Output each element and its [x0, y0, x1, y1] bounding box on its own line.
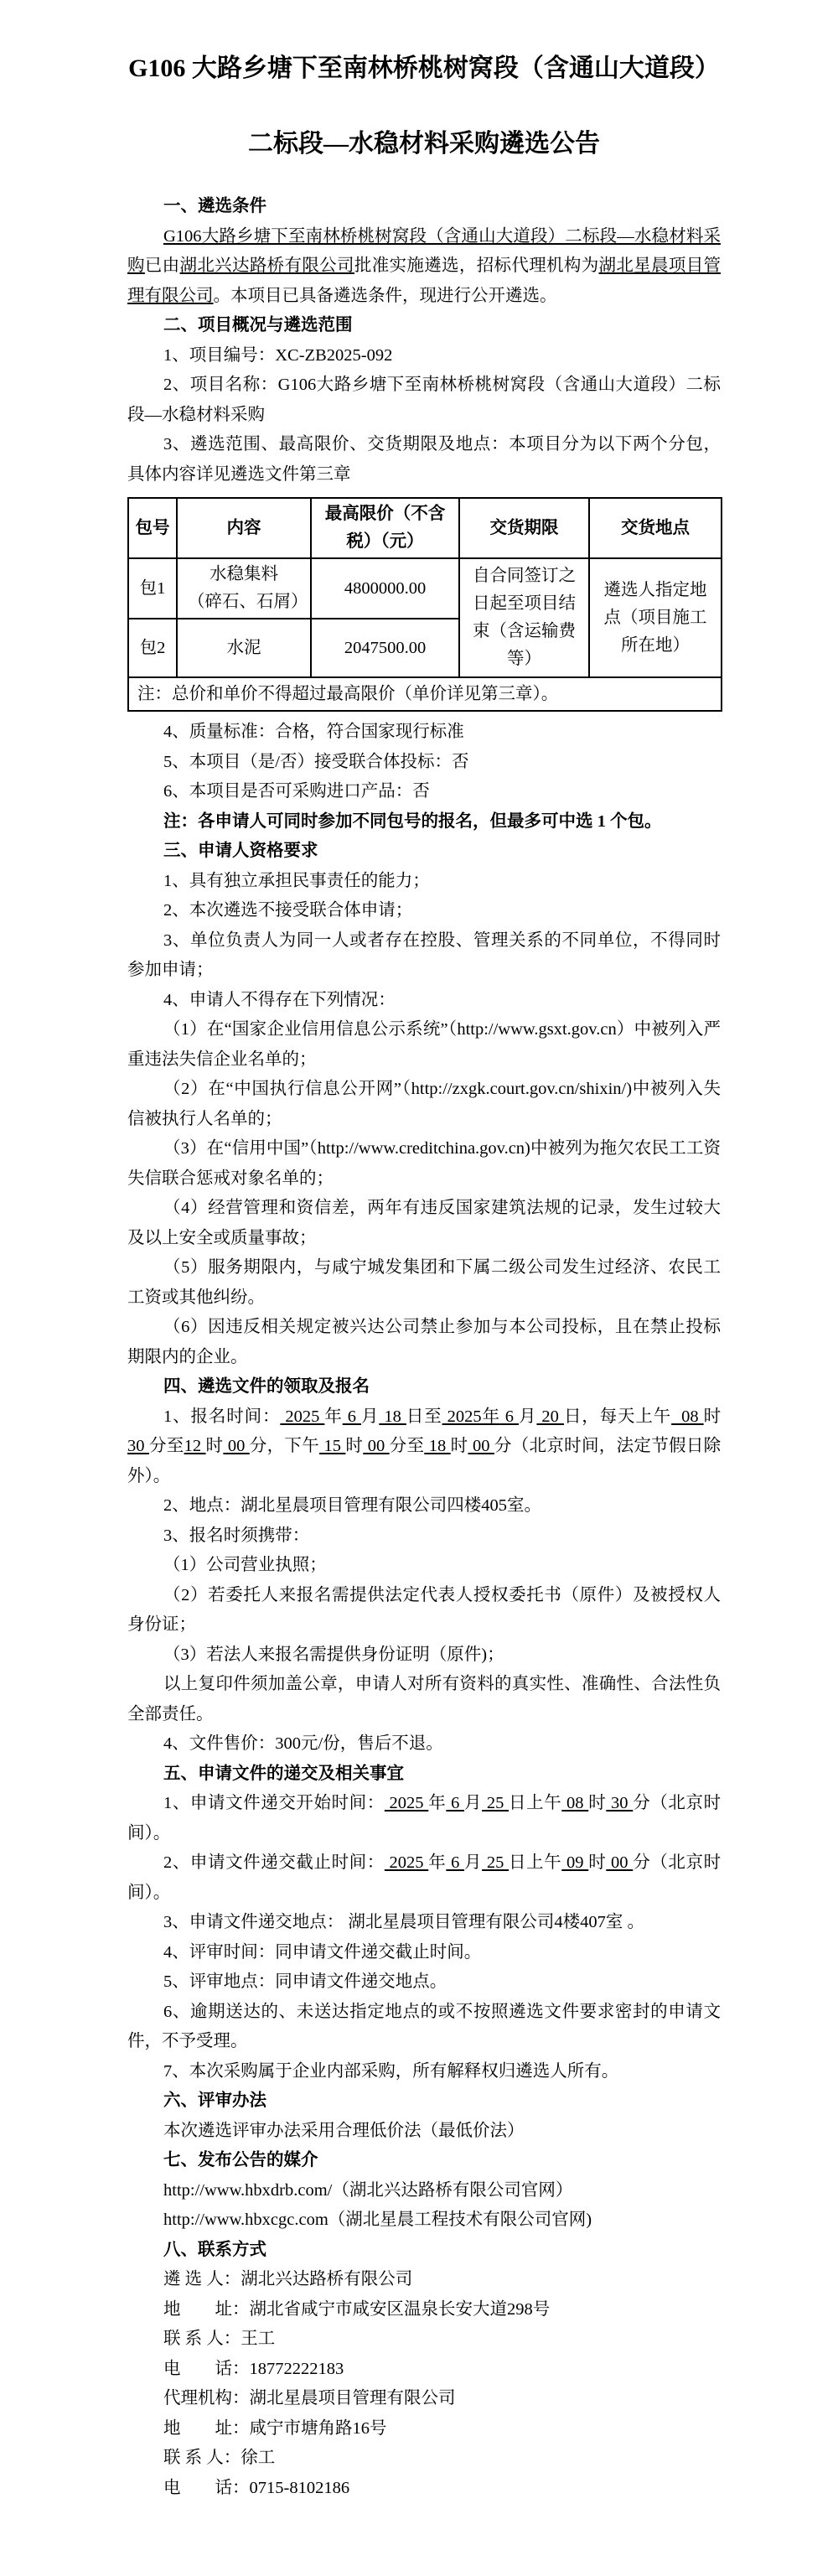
col-header-delivery-place: 交货地点: [589, 498, 722, 558]
text-segment: 时: [704, 1407, 722, 1426]
table-header-row: 包号 内容 最高限价（不含税）（元） 交货期限 交货地点: [128, 498, 722, 558]
contact-selector-phone: 电 话：18772222183: [127, 2355, 721, 2385]
item-submission-deadline: 2、申请文件递交截止时间： 2025 年 6 月 25 日上午 09 时 00 …: [127, 1848, 721, 1908]
text-segment: 08: [671, 1407, 703, 1426]
title-line-2: 二标段—水稳材料采购遴选公告: [127, 106, 721, 182]
text-segment: 日至: [406, 1407, 442, 1426]
text-segment: 09: [561, 1853, 588, 1872]
text-segment: 00: [468, 1437, 494, 1455]
text-segment: 湖北兴达路桥有限公司: [180, 257, 354, 275]
table-row-package-1: 包1 水稳集料（碎石、石屑） 4800000.00 自合同签订之日起至项目结束（…: [128, 558, 722, 619]
text-segment: 日上午: [509, 1794, 561, 1812]
packages-table: 包号 内容 最高限价（不含税）（元） 交货期限 交货地点 包1 水稳集料（碎石、…: [127, 497, 722, 712]
item-bring-license: （1）公司营业执照；: [127, 1551, 721, 1581]
item-late-submission: 6、逾期送达的、未送达指定地点的或不按照遴选文件要求密封的申请文件，不予受理。: [127, 1998, 721, 2057]
text-segment: 已由: [145, 257, 180, 275]
contact-agency-person: 联 系 人：徐工: [127, 2444, 721, 2474]
text-segment: 时: [206, 1437, 224, 1455]
text-segment: 1、报名时间：: [163, 1407, 280, 1426]
text-media-url-2: http://www.hbxcgc.com（湖北星晨工程技术有限公司官网): [127, 2205, 721, 2236]
col-header-max-price: 最高限价（不含税）（元）: [311, 498, 459, 558]
text-segment: 12: [184, 1437, 206, 1455]
item-same-principal: 3、单位负责人为同一人或者存在控股、管理关系的不同单位，不得同时参加申请；: [127, 926, 721, 986]
text-segment: 日，每天上午: [564, 1407, 671, 1426]
item-no-consortium: 2、本次遴选不接受联合体申请；: [127, 896, 721, 926]
contact-agency-address: 地 址：咸宁市塘角路16号: [127, 2414, 721, 2444]
item-prohibited-4: （4）经营管理和资信差，两年有违反国家建筑法规的记录，发生过较大及以上安全或质量…: [127, 1194, 721, 1253]
text-media-url-1: http://www.hbxdrb.com/（湖北兴达路桥有限公司官网）: [127, 2176, 721, 2206]
contact-agency-name: 代理机构：湖北星晨项目管理有限公司: [127, 2384, 721, 2414]
text-segment: 00: [606, 1853, 633, 1872]
cell-delivery-place: 遴选人指定地点（项目施工所在地）: [589, 558, 722, 677]
contact-selector-name: 遴 选 人：湖北兴达路桥有限公司: [127, 2265, 721, 2295]
item-bring-identity: （3）若法人来报名需提供身份证明（原件)；: [127, 1640, 721, 1671]
text-segment: 15: [319, 1437, 345, 1455]
text-segment: 18: [424, 1437, 450, 1455]
col-header-content: 内容: [177, 498, 311, 558]
text-segment: 30: [127, 1437, 149, 1455]
text-segment: 分，下午: [250, 1437, 319, 1455]
text-segment: 6: [343, 1407, 361, 1426]
heading-document-collection: 四、遴选文件的领取及报名: [127, 1372, 721, 1402]
item-prohibited-1: （1）在“国家企业信用信息公示系统”（http://www.gsxt.gov.c…: [127, 1015, 721, 1075]
text-segment: 6: [446, 1794, 464, 1812]
contact-selector-person: 联 系 人：王工: [127, 2325, 721, 2355]
text-segment: 2025: [280, 1407, 324, 1426]
cell-pkg1-price: 4800000.00: [311, 558, 459, 619]
item-prohibited-5: （5）服务期限内，与咸宁城发集团和下属二级公司发生过经济、农民工工资或其他纠纷。: [127, 1253, 721, 1313]
text-segment: 2025年: [442, 1407, 500, 1426]
text-segment: 。本项目已具备遴选条件，现进行公开遴选。: [214, 287, 557, 305]
text-segment: 20: [536, 1407, 564, 1426]
text-segment: 月: [519, 1407, 536, 1426]
item-selection-scope: 3、遴选范围、最高限价、交货期限及地点：本项目分为以下两个分包，具体内容详见遴选…: [127, 430, 721, 490]
text-segment: 6: [446, 1853, 464, 1872]
heading-selection-conditions: 一、遴选条件: [127, 192, 721, 222]
document-page: G106 大路乡塘下至南林桥桃树窝段（含通山大道段） 二标段—水稳材料采购遴选公…: [0, 0, 838, 2576]
para-selection-conditions: G106大路乡塘下至南林桥桃树窝段（含通山大道段）二标段—水稳材料采购已由湖北兴…: [127, 222, 721, 312]
item-civil-liability: 1、具有独立承担民事责任的能力；: [127, 867, 721, 897]
item-prohibited-2: （2）在“中国执行信息公开网”（http://zxgk.court.gov.cn…: [127, 1075, 721, 1134]
item-submission-start-time: 1、申请文件递交开始时间： 2025 年 6 月 25 日上午 08 时 30 …: [127, 1789, 721, 1848]
text-segment: 6: [500, 1407, 519, 1426]
text-segment: 年: [428, 1794, 446, 1812]
table-note-row: 注：总价和单价不得超过最高限价（单价详见第三章）。: [128, 677, 722, 711]
item-project-number: 1、项目编号：XC-ZB2025-092: [127, 341, 721, 371]
para-review-method: 本次遴选评审办法采用合理低价法（最低价法）: [127, 2117, 721, 2147]
item-imported-products: 6、本项目是否可采购进口产品：否: [127, 777, 721, 807]
text-segment: 分至: [390, 1437, 425, 1455]
heading-contact-info: 八、联系方式: [127, 2236, 721, 2266]
text-segment: 分至: [149, 1437, 184, 1455]
item-registration-time: 1、报名时间： 2025 年 6 月 18 日至 2025年 6 月 20 日，…: [127, 1402, 721, 1492]
text-segment: 18: [379, 1407, 406, 1426]
item-internal-procurement: 7、本次采购属于企业内部采购，所有解释权归遴选人所有。: [127, 2057, 721, 2087]
item-submission-place: 3、申请文件递交地点： 湖北星晨项目管理有限公司4楼407室 。: [127, 1908, 721, 1938]
text-segment: 月: [464, 1853, 482, 1872]
item-document-price: 4、文件售价：300元/份，售后不退。: [127, 1729, 721, 1760]
text-segment: 25: [482, 1794, 509, 1812]
text-segment: 25: [482, 1853, 509, 1872]
text-segment: 时: [588, 1853, 606, 1872]
cell-pkg1-no: 包1: [128, 558, 177, 619]
heading-document-submission: 五、申请文件的递交及相关事宜: [127, 1760, 721, 1790]
text-segment: 月: [361, 1407, 379, 1426]
text-segment: 时: [345, 1437, 363, 1455]
item-project-name: 2、项目名称：G106大路乡塘下至南林桥桃树窝段（含通山大道段）二标段—水稳材料…: [127, 371, 721, 430]
item-registration-bring: 3、报名时须携带：: [127, 1521, 721, 1552]
text-segment: 1、申请文件递交开始时间：: [163, 1794, 385, 1812]
para-copies-seal: 以上复印件须加盖公章，申请人对所有资料的真实性、准确性、合法性负全部责任。: [127, 1670, 721, 1729]
text-segment: 日上午: [509, 1853, 561, 1872]
text-segment: 08: [561, 1794, 588, 1812]
contact-agency-phone: 电 话：0715-8102186: [127, 2474, 721, 2504]
cell-pkg1-content-line1: 水稳集料: [209, 565, 278, 583]
text-segment: 30: [606, 1794, 633, 1812]
col-header-delivery-period: 交货期限: [459, 498, 589, 558]
cell-delivery-period: 自合同签订之日起至项目结束（含运输费等）: [459, 558, 589, 677]
text-segment: 2025: [385, 1794, 428, 1812]
text-segment: 时: [451, 1437, 468, 1455]
text-segment: 2、申请文件递交截止时间：: [163, 1853, 385, 1872]
item-prohibited-situations: 4、申请人不得存在下列情况：: [127, 986, 721, 1016]
item-registration-place: 2、地点：湖北星晨项目管理有限公司四楼405室。: [127, 1491, 721, 1521]
heading-project-overview: 二、项目概况与遴选范围: [127, 311, 721, 341]
text-segment: 2025: [385, 1853, 428, 1872]
cell-pkg1-content-line2: （碎石、石屑）: [188, 593, 308, 611]
text-segment: 年: [428, 1853, 446, 1872]
cell-pkg1-content: 水稳集料（碎石、石屑）: [177, 558, 311, 619]
text-segment: 批准实施遴选，招标代理机构为: [354, 257, 599, 275]
heading-review-method: 六、评审办法: [127, 2086, 721, 2117]
text-segment: 00: [363, 1437, 389, 1455]
item-prohibited-6: （6）因违反相关规定被兴达公司禁止参加与本公司投标，且在禁止投标期限内的企业。: [127, 1313, 721, 1372]
note-package-limit: 注：各申请人可同时参加不同包号的报名，但最多可中选 1 个包。: [127, 807, 721, 837]
heading-announcement-media: 七、发布公告的媒介: [127, 2146, 721, 2176]
document-title: G106 大路乡塘下至南林桥桃树窝段（含通山大道段） 二标段—水稳材料采购遴选公…: [127, 31, 721, 182]
title-line-1: G106 大路乡塘下至南林桥桃树窝段（含通山大道段）: [127, 31, 721, 106]
cell-pkg2-content: 水泥: [177, 619, 311, 677]
item-prohibited-3: （3）在“信用中国”（http://www.creditchina.gov.cn…: [127, 1134, 721, 1194]
cell-pkg2-no: 包2: [128, 619, 177, 677]
text-segment: 00: [223, 1437, 249, 1455]
item-consortium-bidding: 5、本项目（是/否）接受联合体投标：否: [127, 748, 721, 778]
item-quality-standard: 4、质量标准：合格，符合国家现行标准: [127, 718, 721, 748]
text-segment: 时: [588, 1794, 606, 1812]
contact-selector-address: 地 址：湖北省咸宁市咸安区温泉长安大道298号: [127, 2295, 721, 2325]
item-review-time: 4、评审时间：同申请文件递交截止时间。: [127, 1938, 721, 1968]
col-header-package-no: 包号: [128, 498, 177, 558]
cell-pkg2-price: 2047500.00: [311, 619, 459, 677]
text-segment: 年: [324, 1407, 342, 1426]
item-review-place: 5、评审地点：同申请文件递交地点。: [127, 1967, 721, 1998]
table-note: 注：总价和单价不得超过最高限价（单价详见第三章）。: [128, 677, 722, 711]
text-segment: 月: [464, 1794, 482, 1812]
heading-applicant-qualifications: 三、申请人资格要求: [127, 837, 721, 867]
item-bring-authorization: （2）若委托人来报名需提供法定代表人授权委托书（原件）及被授权人身份证；: [127, 1581, 721, 1640]
